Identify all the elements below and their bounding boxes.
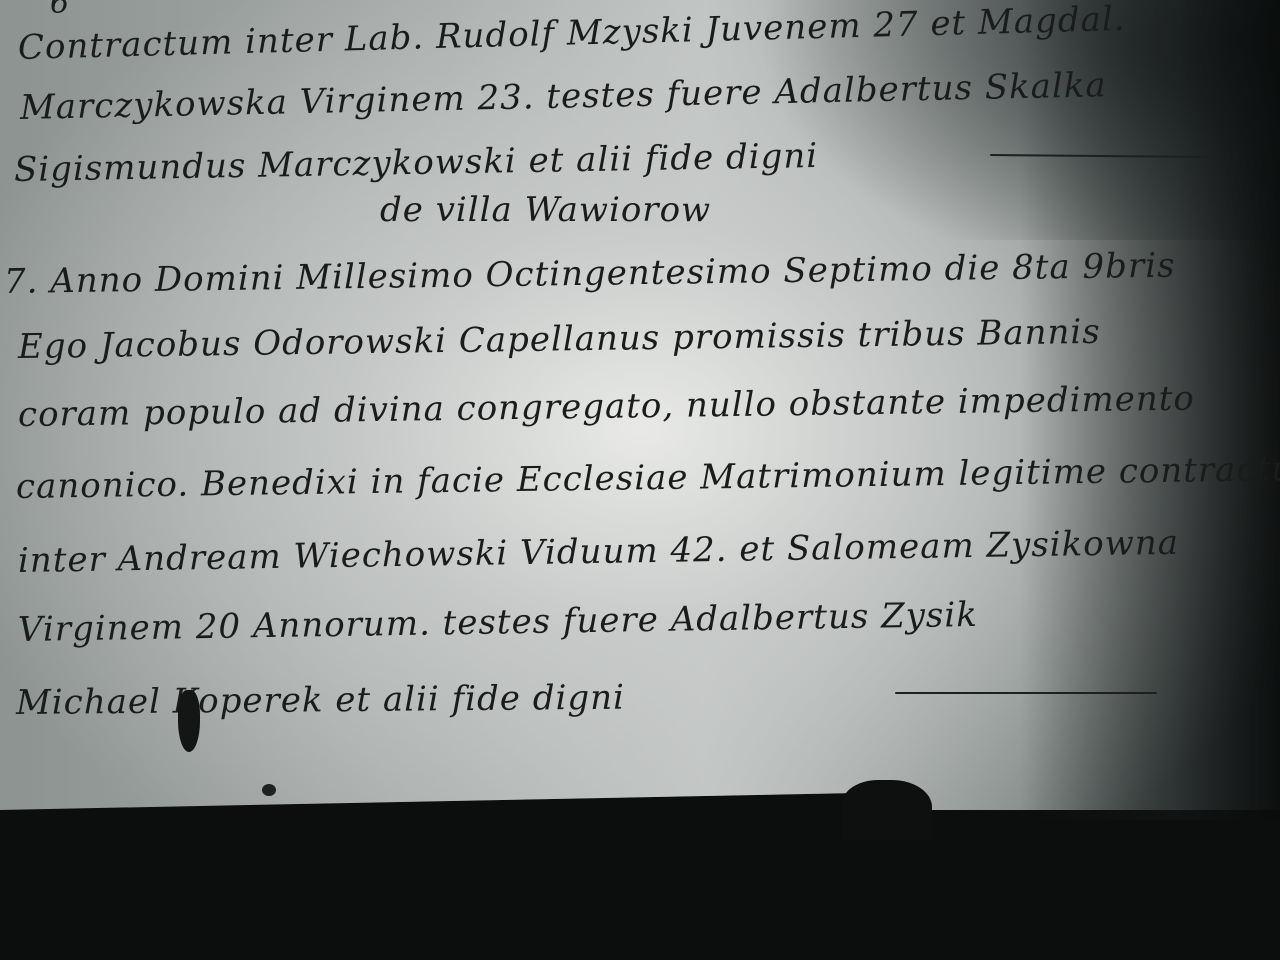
page-edge-notch <box>842 780 932 840</box>
ink-speck <box>262 784 276 796</box>
ink-blot <box>178 690 200 752</box>
page-fragment-number: 6 <box>50 0 70 21</box>
manuscript-line-village: de villa Wawiorow <box>380 190 711 230</box>
end-of-entry-rule <box>895 692 1157 694</box>
dark-background-edge <box>0 820 1280 960</box>
manuscript-line-11: Michael Koperek et alii fide digni <box>16 678 625 723</box>
